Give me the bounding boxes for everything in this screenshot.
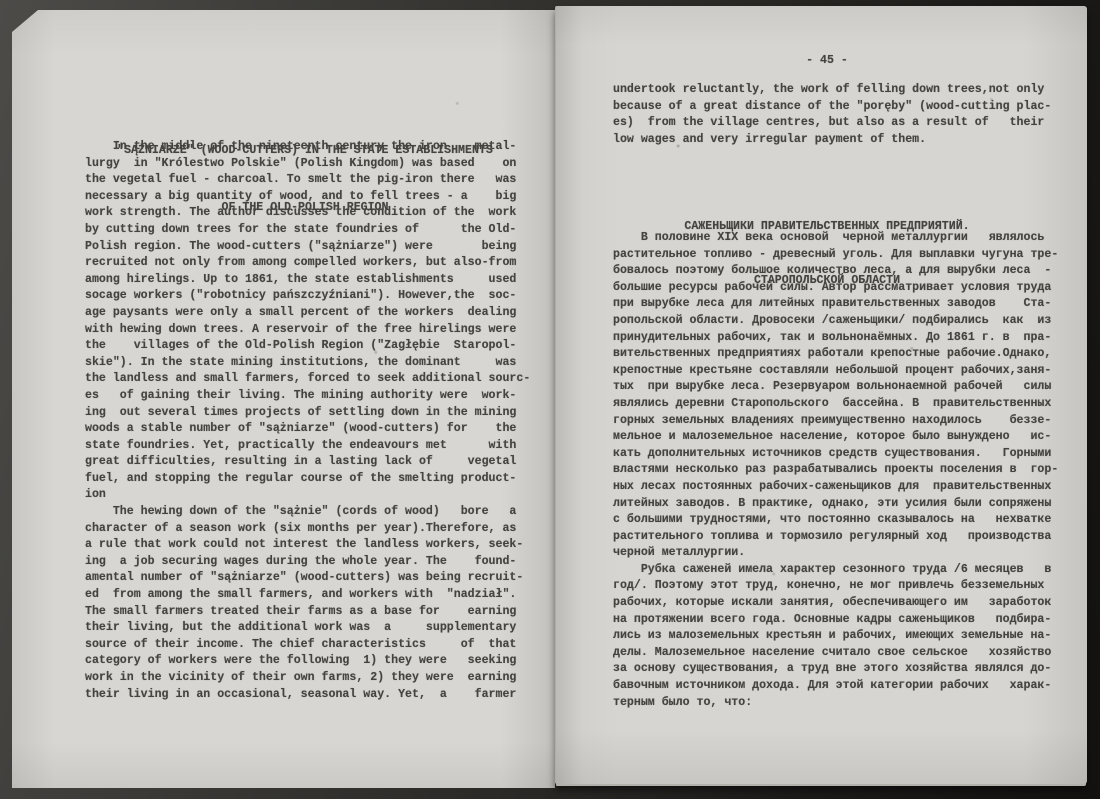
page-number: - 45 -	[613, 54, 1041, 67]
left-page: "SĄŻNIARZE" (WOOD-CUTTERS) IN THE STATE …	[12, 10, 555, 788]
book-scan: "SĄŻNIARZE" (WOOD-CUTTERS) IN THE STATE …	[0, 0, 1100, 799]
left-page-body-text: In the middle of the nineteenth century …	[85, 139, 525, 703]
right-page-russian-text: В половине XIX века основой черной метал…	[613, 230, 1063, 711]
right-page: - 45 - undertook reluctantly, the work o…	[555, 6, 1087, 784]
right-page-english-text: undertook reluctantly, the work of felli…	[613, 82, 1053, 148]
